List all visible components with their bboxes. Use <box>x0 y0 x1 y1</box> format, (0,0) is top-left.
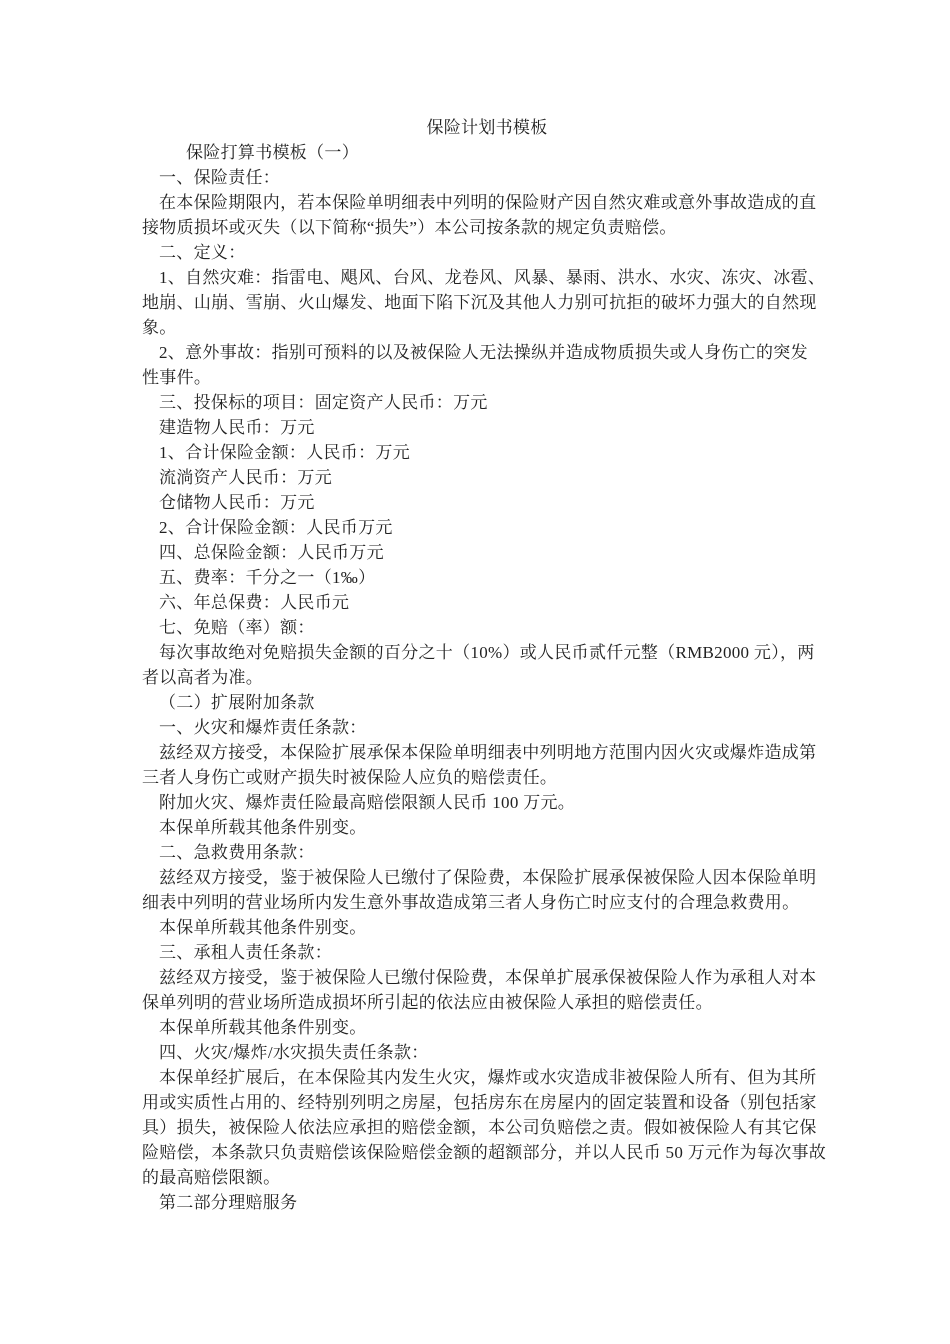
document-line: 象。 <box>142 315 832 340</box>
document-line: 者以高者为准。 <box>142 665 832 690</box>
document-line: 的最高赔偿限额。 <box>142 1165 832 1190</box>
document-line: 附加火灾、爆炸责任险最高赔偿限额人民币 100 万元。 <box>142 790 832 815</box>
document-body: 保险计划书模板保险打算书模板（一）一、保险责任：在本保险期限内，若本保险单明细表… <box>142 115 832 1215</box>
document-line: 六、年总保费：人民币元 <box>142 590 832 615</box>
document-line: 二、急救费用条款： <box>142 840 832 865</box>
document-line: 2、意外事故：指别可预料的以及被保险人无法操纵并造成物质损失或人身伤亡的突发 <box>142 340 832 365</box>
document-line: 兹经双方接受，鉴于被保险人已缴付了保险费，本保险扩展承保被保险人因本保险单明 <box>142 865 832 890</box>
document-line: 每次事故绝对免赔损失金额的百分之十（10%）或人民币贰仟元整（RMB2000 元… <box>142 640 832 665</box>
document-line: 用或实质性占用的、经特别列明之房屋，包括房东在房屋内的固定装置和设备（别包括家 <box>142 1090 832 1115</box>
document-line: 二、定义： <box>142 240 832 265</box>
document-title: 保险计划书模板 <box>142 115 832 140</box>
document-line: 兹经双方接受，本保险扩展承保本保险单明细表中列明地方范围内因火灾或爆炸造成第 <box>142 740 832 765</box>
document-line: 流淌资产人民币：万元 <box>142 465 832 490</box>
document-line: 四、火灾/爆炸/水灾损失责任条款： <box>142 1040 832 1065</box>
document-line: 三、投保标的项目：固定资产人民币：万元 <box>142 390 832 415</box>
document-line: 1、合计保险金额：人民币：万元 <box>142 440 832 465</box>
document-line: 一、火灾和爆炸责任条款： <box>142 715 832 740</box>
document-line: 保单列明的营业场所造成损坏所引起的依法应由被保险人承担的赔偿责任。 <box>142 990 832 1015</box>
document-line: 七、免赔（率）额： <box>142 615 832 640</box>
document-line: 接物质损坏或灭失（以下简称“损失”）本公司按条款的规定负责赔偿。 <box>142 215 832 240</box>
document-line: 第二部分理赔服务 <box>142 1190 832 1215</box>
document-line: 2、合计保险金额：人民币万元 <box>142 515 832 540</box>
document-line: 地崩、山崩、雪崩、火山爆发、地面下陷下沉及其他人力别可抗拒的破坏力强大的自然现 <box>142 290 832 315</box>
document-line: 保险打算书模板（一） <box>142 140 832 165</box>
document-line: 仓储物人民币：万元 <box>142 490 832 515</box>
document-line: 细表中列明的营业场所内发生意外事故造成第三者人身伤亡时应支付的合理急救费用。 <box>142 890 832 915</box>
document-line: 兹经双方接受，鉴于被保险人已缴付保险费，本保单扩展承保被保险人作为承租人对本 <box>142 965 832 990</box>
document-line: 四、总保险金额：人民币万元 <box>142 540 832 565</box>
document-line: （二）扩展附加条款 <box>142 690 832 715</box>
document-page: 保险计划书模板保险打算书模板（一）一、保险责任：在本保险期限内，若本保险单明细表… <box>0 0 950 1344</box>
document-line: 1、自然灾难：指雷电、飓风、台风、龙卷风、风暴、暴雨、洪水、水灾、冻灾、冰雹、 <box>142 265 832 290</box>
document-line: 本保单所载其他条件别变。 <box>142 915 832 940</box>
document-line: 一、保险责任： <box>142 165 832 190</box>
document-line: 本保单所载其他条件别变。 <box>142 815 832 840</box>
document-line: 险赔偿，本条款只负责赔偿该保险赔偿金额的超额部分，并以人民币 50 万元作为每次… <box>142 1140 832 1165</box>
document-line: 建造物人民币：万元 <box>142 415 832 440</box>
document-line: 在本保险期限内，若本保险单明细表中列明的保险财产因自然灾难或意外事故造成的直 <box>142 190 832 215</box>
document-line: 具）损失，被保险人依法应承担的赔偿金额，本公司负赔偿之责。假如被保险人有其它保 <box>142 1115 832 1140</box>
document-line: 性事件。 <box>142 365 832 390</box>
document-line: 本保单所载其他条件别变。 <box>142 1015 832 1040</box>
document-line: 三、承租人责任条款： <box>142 940 832 965</box>
document-line: 五、费率：千分之一（1‰） <box>142 565 832 590</box>
document-line: 本保单经扩展后，在本保险其内发生火灾，爆炸或水灾造成非被保险人所有、但为其所 <box>142 1065 832 1090</box>
document-line: 三者人身伤亡或财产损失时被保险人应负的赔偿责任。 <box>142 765 832 790</box>
